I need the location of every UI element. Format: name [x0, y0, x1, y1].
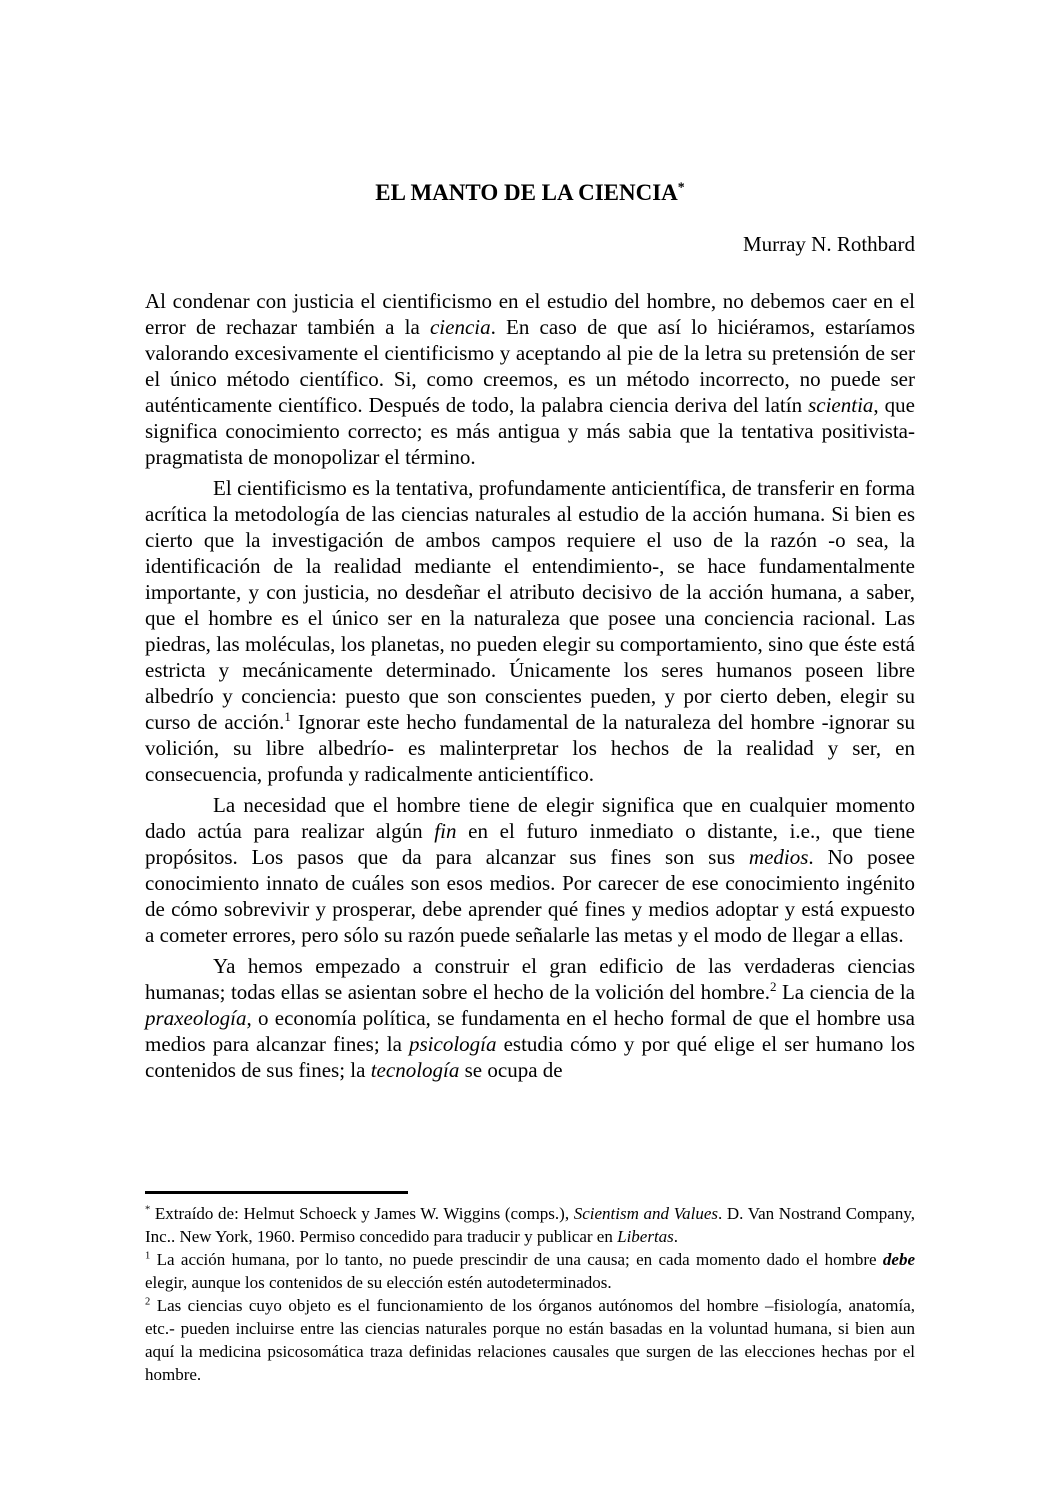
title-text: EL MANTO DE LA CIENCIA	[375, 180, 677, 205]
text-run: El cientificismo es la tentativa, profun…	[145, 476, 915, 734]
paragraph: Ya hemos empezado a construir el gran ed…	[145, 953, 915, 1083]
text-run: .	[674, 1227, 678, 1246]
text-run: se ocupa de	[459, 1058, 562, 1082]
text-run: debe	[883, 1250, 915, 1269]
paragraph: La necesidad que el hombre tiene de eleg…	[145, 792, 915, 948]
text-run: praxeología	[145, 1006, 246, 1030]
text-run: elegir, aunque los contenidos de su elec…	[145, 1273, 612, 1292]
author-byline: Murray N. Rothbard	[145, 232, 915, 256]
footnote: 2 Las ciencias cuyo objeto es el funcion…	[145, 1294, 915, 1386]
text-run: tecnología	[371, 1058, 460, 1082]
text-run: La acción humana, por lo tanto, no puede…	[150, 1250, 883, 1269]
text-run: Las ciencias cuyo objeto es el funcionam…	[145, 1296, 915, 1384]
text-run: ciencia	[430, 315, 491, 339]
title-footnote-mark: *	[678, 179, 685, 194]
content-column: EL MANTO DE LA CIENCIA* Murray N. Rothba…	[145, 0, 915, 1088]
page-title: EL MANTO DE LA CIENCIA*	[145, 180, 915, 205]
footnotes-section: * Extraído de: Helmut Schoeck y James W.…	[145, 1202, 915, 1386]
text-run: Scientism and Values	[574, 1204, 718, 1223]
text-run: psicología	[409, 1032, 497, 1056]
paragraph: Al condenar con justicia el cientificism…	[145, 288, 915, 470]
text-run: medios	[749, 845, 809, 869]
body-paragraphs: Al condenar con justicia el cientificism…	[145, 288, 915, 1083]
text-run: Extraído de: Helmut Schoeck y James W. W…	[150, 1204, 573, 1223]
text-run: La ciencia de la	[777, 980, 916, 1004]
text-run: fin	[434, 819, 456, 843]
text-run: scientia	[808, 393, 873, 417]
document-page: EL MANTO DE LA CIENCIA* Murray N. Rothba…	[0, 0, 1058, 1497]
paragraph: El cientificismo es la tentativa, profun…	[145, 475, 915, 787]
text-run: Libertas	[617, 1227, 674, 1246]
footnote: 1 La acción humana, por lo tanto, no pue…	[145, 1248, 915, 1294]
footnote-divider	[145, 1191, 408, 1194]
footnote: * Extraído de: Helmut Schoeck y James W.…	[145, 1202, 915, 1248]
